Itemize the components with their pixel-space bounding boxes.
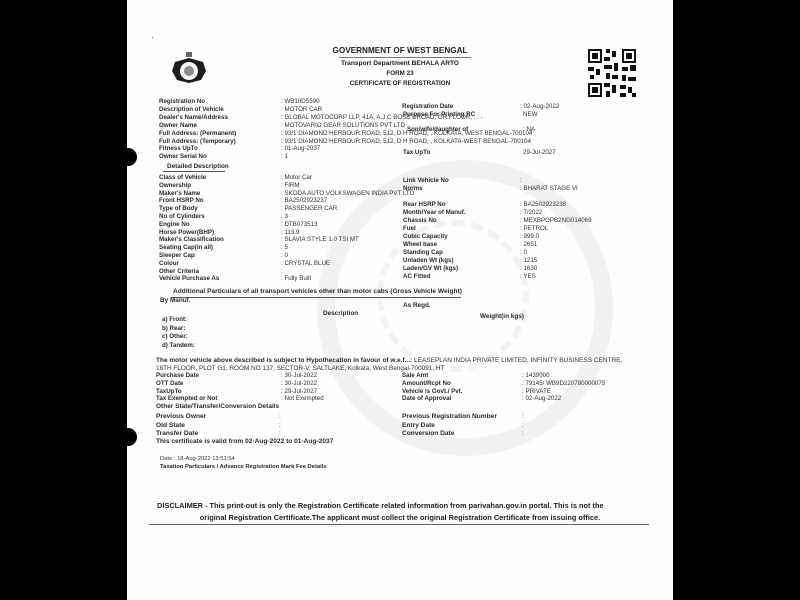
detail-field-label: Seating Cap(in all) — [159, 244, 213, 252]
summary-field-value: : MOTOVARIO GEAR SOLUTIONS PVT LTD — [281, 122, 405, 130]
detailed-heading-underline — [163, 171, 225, 172]
by-manuf-label: By Manuf. — [160, 297, 191, 305]
detail-field-label: Ownership — [159, 182, 191, 190]
purchase-right-field-label: Date of Approval — [402, 395, 451, 403]
detail-field-value: : Motor Car — [281, 174, 312, 182]
summary-field-value: : 01-Aug-2037 — [281, 145, 320, 153]
other-state-field-value: : — [279, 430, 281, 438]
other-state-field-label: Old State — [156, 422, 185, 430]
detail-right-field-label: AC Fitted — [403, 273, 431, 281]
detail-field-label: Class of Vehicle — [159, 174, 206, 182]
detail-right-field-label: Month/Year of Manuf. — [403, 209, 466, 217]
summary-right-field-value: NEW — [523, 111, 537, 119]
summary-right-field-label: Registration Date — [402, 103, 453, 111]
detail-field-label: Vehicle Purchase As — [159, 275, 219, 283]
summary-right-field-label: Purpose For Printing RC — [403, 111, 475, 119]
detail-right-field-label: Rear HSRP No — [403, 201, 446, 209]
purchase-right-field-label: Vehicle is Govt./ Pvt. — [402, 388, 463, 396]
hypothecation-prefix: The motor vehicle above described is sub… — [156, 357, 412, 364]
print-date: Date : 18-Aug-2022 13:51:54 — [160, 456, 235, 464]
detail-right-field-value: : 999.0 — [520, 233, 539, 241]
detail-right-field-label: Wheel base — [403, 241, 437, 249]
detail-field-value: : CRYSTAL BLUE — [281, 260, 330, 268]
other-state-heading: Other State/Transfer/Conversion Details — [156, 403, 279, 411]
detail-field-label: No of Cylinders — [159, 213, 205, 221]
additional-particulars-heading: Additional Particulars of all transport … — [173, 288, 462, 296]
detail-field-label: Colour — [159, 260, 179, 268]
summary-field-label: Description of Vehicle — [159, 106, 224, 114]
other-state-right-field-value: : — [522, 430, 524, 438]
purchase-field-label: OTT Date — [156, 380, 184, 388]
summary-field-label: Full Address: (Permanent) — [159, 130, 236, 138]
detail-field-label: Type of Body — [159, 205, 198, 213]
other-state-right-field-label: Entry Date — [402, 422, 435, 430]
weight-column-header: Weight(in kgs) — [480, 313, 524, 321]
purchase-right-field-value: : PRIVATE — [522, 388, 551, 396]
description-column-header: Description — [323, 310, 358, 318]
detailed-description-heading: Detailed Description — [167, 163, 229, 171]
purchase-right-field-value: : 1439000 — [522, 372, 550, 380]
detail-right-field-label: Unladen Wt (kgs) — [403, 257, 454, 265]
purchase-field-label: Tax Exempted or Not — [156, 395, 217, 403]
purchase-field-value: : Not Exempted — [281, 395, 324, 403]
detail-field-label: Engine No — [159, 221, 190, 229]
detail-field-value: : BA2502923237 — [281, 197, 327, 205]
axle-weight-row: d) Tandem: — [162, 342, 195, 350]
detail-field-label: Other Criteria — [159, 268, 199, 276]
summary-field-label: Dealer's Name/Address — [159, 114, 228, 122]
detail-right-field-label: Chassis No — [403, 217, 437, 225]
detail-right-field-label: Fuel — [403, 225, 416, 233]
detail-field-value: : SLAVIA STYLE 1.0 TSI MT — [281, 236, 359, 244]
detail-field-value: : 3 — [281, 213, 288, 221]
seal-watermark-inner — [377, 220, 529, 372]
detail-right-field-value: : 0 — [520, 249, 527, 257]
detail-right-field-value: : YES — [520, 273, 536, 281]
other-state-right-field-label: Conversion Date — [402, 430, 454, 438]
detail-field-value: : FIRM — [281, 182, 300, 190]
summary-field-label: Full Address: (Temporary) — [159, 138, 236, 146]
summary-field-label: Registration No — [159, 98, 205, 106]
additional-heading-underline — [171, 297, 461, 298]
summary-right-field-label: Son/wife/daughter of — [407, 126, 468, 134]
purchase-field-label: Purchase Date — [156, 372, 199, 380]
summary-field-value: : MOTOR CAR — [281, 106, 322, 114]
detail-field-value: : 113.9 — [281, 229, 299, 237]
qr-code-icon — [586, 47, 638, 99]
disclaimer-line-1: DISCLAIMER - This print-out is only the … — [157, 501, 604, 510]
detail-right-field-label: Laden/GV Wt (kgs) — [403, 265, 458, 273]
summary-field-value: : WB10D5590 — [281, 98, 320, 106]
detail-right-field-value: : PETROL — [520, 225, 548, 233]
detail-right-field-value: : 7/2022 — [520, 209, 542, 217]
detail-right-field-value: : BHARAT STAGE VI — [520, 185, 578, 193]
summary-field-label: Fitness UpTo — [159, 145, 198, 153]
as-regd-label: As Regd. — [403, 302, 431, 310]
detail-field-label: Maker's Classification — [159, 236, 224, 244]
detail-right-field-label: Norms — [403, 185, 423, 193]
detail-field-value: : — [281, 268, 283, 276]
detail-right-field-value: : 2651 — [520, 241, 537, 249]
taxation-particulars: Taxation Particulars / Advance Registrat… — [160, 464, 327, 472]
other-state-right-field-label: Previous Registration Number — [402, 413, 497, 421]
other-state-right-field-value: : — [522, 413, 524, 421]
detail-right-field-value: : 1215 — [520, 257, 537, 265]
detail-field-value: : 0 — [281, 252, 288, 260]
detail-field-label: Sleeper Cap — [159, 252, 195, 260]
header-divider — [339, 57, 471, 58]
hypothecation-financier: LEASEPLAN INDIA PRIVATE LIMITED, INFINIT… — [412, 357, 622, 364]
purchase-field-value: : 29-Jul-2027 — [281, 388, 317, 396]
axle-weight-row: c) Other: — [162, 333, 188, 341]
purchase-right-field-value: : 79145/ WB9D220780000075 — [522, 380, 605, 388]
other-state-field-label: Previous Owner — [156, 413, 206, 421]
validity-statement: This certificate is valid from 02-Aug-20… — [156, 438, 333, 446]
summary-right-field-label: Tax UpTo — [403, 149, 430, 157]
axle-weight-row: a) Front: — [162, 316, 187, 324]
axle-weight-row: b) Rear: — [162, 325, 185, 333]
purchase-right-field-label: Amount/Rcpt No — [402, 380, 451, 388]
other-state-field-value: : — [279, 422, 281, 430]
summary-field-value: : 1 — [281, 153, 288, 161]
disclaimer-line-2: original Registration Certificate.The ap… — [127, 513, 673, 522]
purchase-right-field-label: Sale Amt — [402, 372, 428, 380]
detail-field-label: Front HSRP No — [159, 197, 204, 205]
purchase-field-value: : 30-Jul-2022 — [281, 380, 317, 388]
detail-field-label: Maker's Name — [159, 190, 200, 198]
other-state-field-value: : — [279, 413, 281, 421]
hypothecation-line-1: The motor vehicle above described is sub… — [156, 357, 622, 365]
detail-right-field-value: : BA2502923238 — [520, 201, 566, 209]
detail-field-value: : SKODA AUTO VOLKSWAGEN INDIA PVT LTD — [281, 190, 414, 198]
purchase-field-value: : 30-Jul-2022 — [281, 372, 317, 380]
detail-right-field-value: : 1630 — [520, 265, 537, 273]
summary-field-value: : 93/1 DIAMOND HERBOUR ROAD, 512, D H RO… — [281, 138, 531, 146]
other-state-right-field-value: : — [522, 422, 524, 430]
punch-hole-bottom — [119, 428, 137, 446]
tick-mark: · — [151, 34, 154, 42]
detail-field-value: : Fully Built — [281, 275, 311, 283]
purchase-field-label: TaxUpTo — [156, 388, 182, 396]
detail-field-label: Horse Power(BHP) — [159, 229, 214, 237]
detail-right-field-label: Link Vehicle No — [403, 177, 449, 185]
summary-right-field-value: : NA — [523, 126, 535, 134]
purchase-right-field-value: : 02-Aug-2022 — [522, 395, 561, 403]
summary-right-field-value: 29-Jul-2027 — [523, 149, 556, 157]
summary-field-label: Owner Serial No — [159, 153, 207, 161]
other-state-field-label: Transfer Date — [156, 430, 198, 438]
summary-right-field-value: : 02-Aug-2022 — [520, 103, 559, 111]
detail-field-value: : DTB073513 — [281, 221, 317, 229]
detail-field-value: : PASSENGER CAR — [281, 205, 337, 213]
punch-hole-top — [119, 148, 137, 166]
detail-right-field-label: Cubic Capacity — [403, 233, 448, 241]
detail-field-value: : 5 — [281, 244, 288, 252]
disclaimer-rule — [149, 524, 649, 525]
summary-field-label: Owner Name — [159, 122, 197, 130]
detail-right-field-value: : — [520, 177, 522, 185]
detail-right-field-value: : MEXBPGPB2NG014069 — [520, 217, 592, 225]
registration-certificate-page: · GOVERNMENT OF WEST BENGAL Transport De… — [127, 0, 673, 600]
detail-right-field-label: Standing Cap — [403, 249, 443, 257]
